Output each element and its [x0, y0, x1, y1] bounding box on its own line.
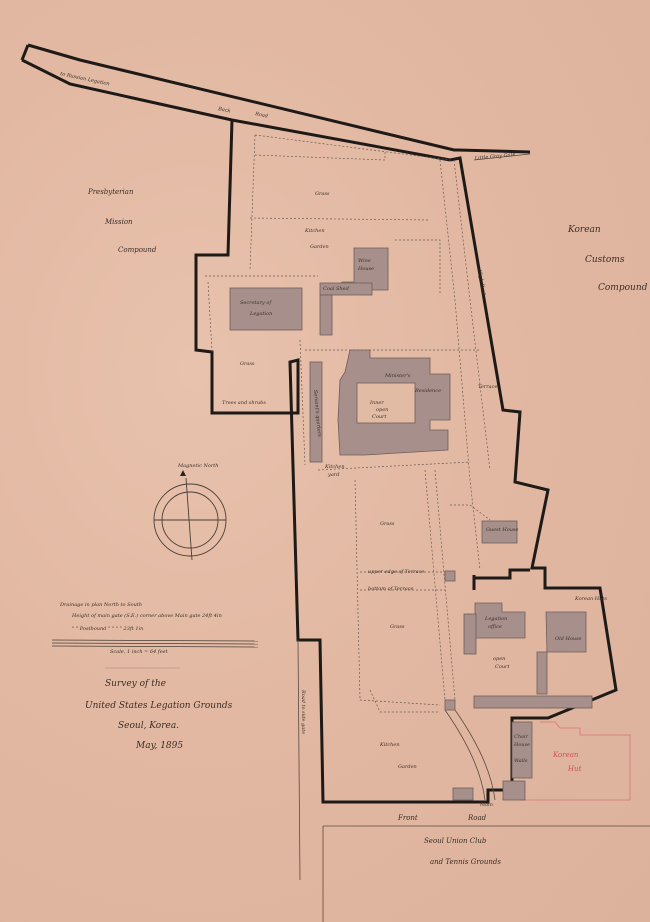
- ministers-residence-label: Minister's: [384, 373, 411, 379]
- side-road-line: [298, 640, 300, 880]
- old-house: [546, 612, 586, 652]
- svg-text:Court: Court: [495, 664, 510, 670]
- svg-text:Compound: Compound: [598, 283, 648, 293]
- svg-text:yard: yard: [327, 472, 339, 478]
- compass-rose: [154, 470, 226, 560]
- svg-text:Korean Huts: Korean Huts: [574, 596, 607, 602]
- svg-text:House: House: [513, 742, 530, 748]
- scale-bar: [52, 640, 258, 647]
- svg-text:open: open: [493, 656, 505, 662]
- south-outbuildings: [474, 696, 592, 708]
- road-south-edge: [22, 60, 450, 160]
- svg-text:Customs: Customs: [585, 255, 625, 265]
- svg-text:Residence: Residence: [414, 388, 441, 394]
- svg-text:Trees and shrubs: Trees and shrubs: [222, 400, 266, 406]
- top-route-label: to Russian Legation: [60, 71, 111, 87]
- svg-text:Hut: Hut: [567, 765, 582, 773]
- svg-text:bottom of Terrace: bottom of Terrace: [368, 586, 413, 592]
- svg-text:office: office: [488, 624, 502, 630]
- legation-office-label: Legation: [484, 616, 507, 622]
- back-road-label: Back: [217, 106, 231, 115]
- svg-text:and Tennis Grounds: and Tennis Grounds: [430, 858, 501, 866]
- west-neighbor-label: Presbyterian: [87, 188, 134, 196]
- notes-line-3: " " Postbound " " " " 23ft 1in: [72, 626, 143, 632]
- svg-text:Chair: Chair: [514, 734, 529, 740]
- inner-gate-wall: [474, 570, 530, 578]
- road-north-edge: [28, 45, 530, 152]
- svg-text:Grass: Grass: [380, 521, 395, 527]
- kitchen-garden-label: Kitchen: [304, 228, 325, 234]
- svg-text:Terrace: Terrace: [478, 384, 497, 390]
- title-line-1: Survey of the: [105, 679, 166, 689]
- front-road-label: Front: [397, 814, 418, 822]
- svg-text:House: House: [357, 266, 374, 272]
- svg-text:Court: Court: [372, 414, 387, 420]
- chair-house: [512, 722, 532, 778]
- east-neighbor-label: Korean: [567, 225, 601, 235]
- svg-text:Grass: Grass: [240, 361, 255, 367]
- svg-text:open: open: [376, 407, 388, 413]
- little-gate-label: Little Gray Gate: [474, 152, 516, 162]
- svg-text:Walls: Walls: [514, 758, 528, 764]
- legation-survey-map: to Russian Legation Back Road Little Gra…: [0, 0, 650, 922]
- svg-text:Main: Main: [479, 802, 493, 808]
- notes-line-1: Drainage in plan North to South: [59, 602, 142, 608]
- svg-text:upper edge of Terrace: upper edge of Terrace: [368, 569, 424, 575]
- svg-text:Legation: Legation: [249, 311, 272, 317]
- svg-text:Compound: Compound: [118, 246, 157, 254]
- svg-text:Coal Shed: Coal Shed: [323, 286, 349, 292]
- title-line-2: United States Legation Grounds: [85, 701, 233, 711]
- korean-hut-outline: [520, 722, 630, 800]
- svg-text:Kitchen: Kitchen: [324, 464, 345, 470]
- svg-text:Road: Road: [254, 111, 269, 120]
- side-road-label: Road to side gate: [300, 689, 306, 734]
- top-road: [22, 45, 530, 160]
- svg-text:Mission: Mission: [104, 218, 133, 226]
- title-line-3: Seoul, Korea.: [118, 721, 179, 731]
- notes-line-2: Height of main gate (S.E.) corner above …: [71, 612, 222, 619]
- grass-label: Grass: [315, 191, 330, 197]
- korean-hut-label: Korean: [552, 751, 579, 759]
- secretary-label: Secretary of: [240, 300, 272, 306]
- svg-text:Garden: Garden: [310, 244, 329, 250]
- svg-text:Wine: Wine: [358, 258, 371, 264]
- map-drawing: to Russian Legation Back Road Little Gra…: [0, 0, 650, 922]
- secretary-building: [230, 288, 302, 330]
- old-house-label: Old House: [555, 636, 582, 642]
- svg-text:Inner: Inner: [369, 400, 384, 406]
- union-club-label: Seoul Union Club: [424, 837, 487, 845]
- title-line-4: May, 1895: [135, 741, 183, 751]
- scale-caption: Scale, 1 inch = 64 feet: [110, 649, 169, 655]
- compass-label: Magnetic North: [177, 463, 218, 469]
- svg-text:High Bank: High Bank: [476, 268, 487, 296]
- svg-text:Kitchen: Kitchen: [379, 742, 400, 748]
- guest-house-label: Guest House: [486, 527, 518, 533]
- svg-text:Road: Road: [467, 814, 487, 822]
- svg-text:Grass: Grass: [390, 624, 405, 630]
- svg-text:Garden: Garden: [398, 764, 417, 770]
